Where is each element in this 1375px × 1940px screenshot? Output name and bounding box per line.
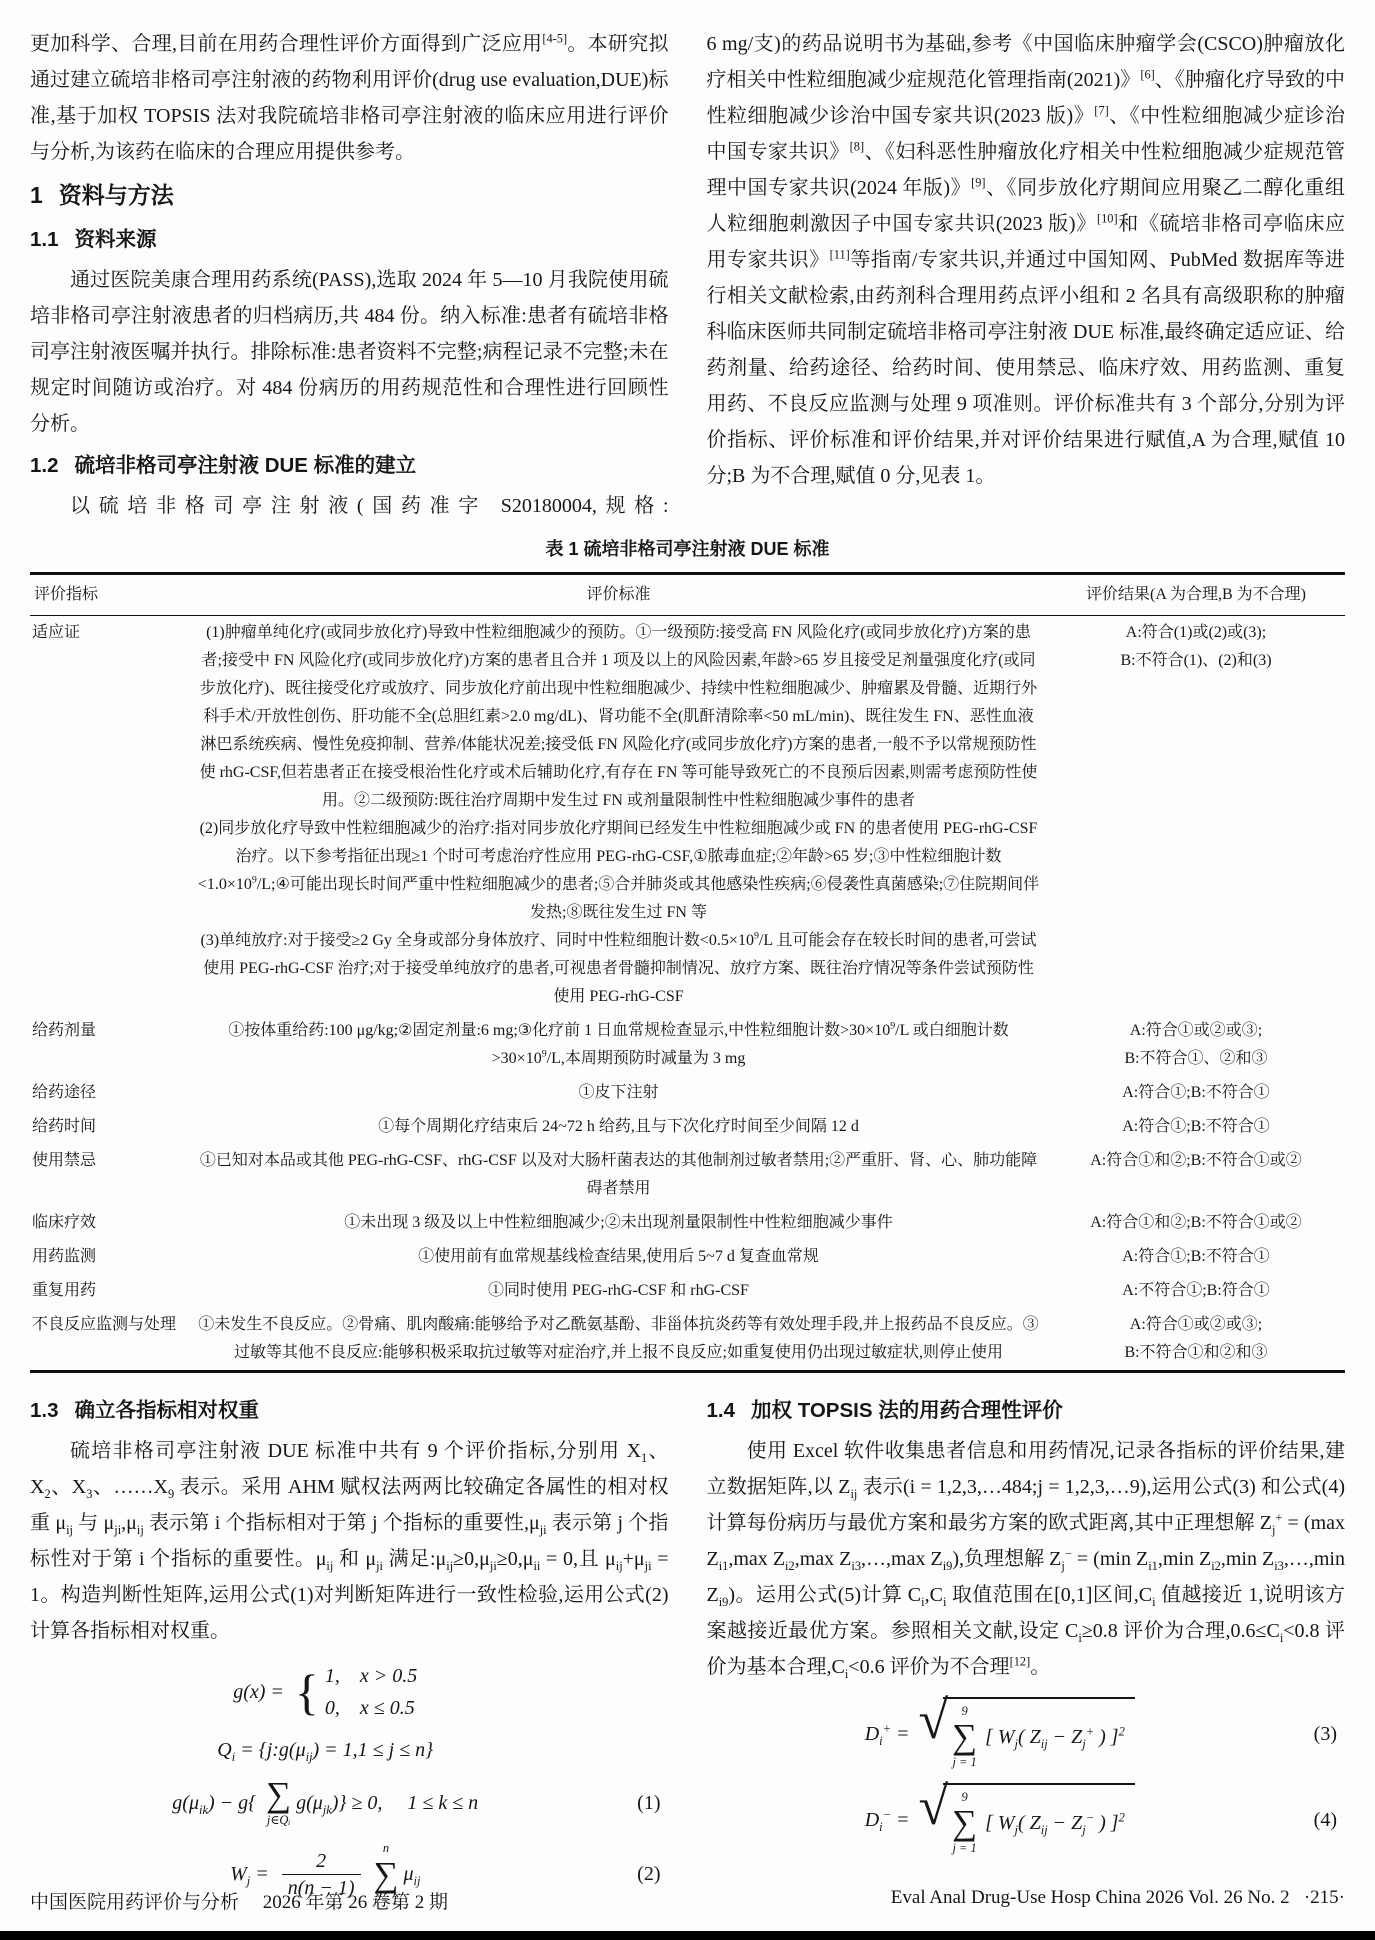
indicator-cell: 不良反应监测与处理 [30,1308,190,1372]
criteria-paragraph: (2)同步放化疗导致中性粒细胞减少的治疗:指对同步放化疗期间已经发生中性粒细胞减… [196,815,1041,927]
result-line: A:符合①或②或③; [1053,1017,1339,1045]
summation-symbol: 9 ∑ j = 1 [952,1703,977,1771]
indicator-cell: 重复用药 [30,1274,190,1308]
criteria-paragraph: ①使用前有血常规基线检查结果,使用后 5~7 d 复查血常规 [196,1243,1041,1271]
summation-symbol: ∑ j∈Qᵢ [266,1777,291,1828]
result-cell: A:符合①;B:不符合① [1047,1110,1345,1144]
formula-number: (1) [637,1788,660,1818]
sum-lower-limit: j∈Qᵢ [267,1814,291,1826]
section-number: 1.1 [30,220,59,260]
table-row: 用药监测①使用前有血常规基线检查结果,使用后 5~7 d 复查血常规A:符合①;… [30,1240,1345,1274]
result-cell: A:符合①或②或③;B:不符合①和②和③ [1047,1308,1345,1372]
formula-part: μij [403,1859,420,1889]
column-right: 6 mg/支)的药品说明书为基础,参考《中国临床肿瘤学会(CSCO)肿瘤放化疗相… [707,26,1346,524]
fraction-numerator: 2 [310,1848,332,1874]
criteria-paragraph: ①未发生不良反应。②骨痛、肌肉酸痛:能够给予对乙酰氨基酚、非甾体抗炎药等有效处理… [196,1311,1041,1367]
criteria-cell: ①每个周期化疗结束后 24~72 h 给药,且与下次化疗时间至少间隔 12 d [190,1110,1047,1144]
formula-cases: g(x) = { 1, x > 0.5 0, x ≤ 0.5 [30,1661,621,1723]
formula-qi: Qi = {j:g(μij) = 1,1 ≤ j ≤ n} [30,1735,621,1765]
criteria-cell: ①已知对本品或其他 PEG-rhG-CSF、rhG-CSF 以及对大肠杆菌表达的… [190,1144,1047,1206]
section-title: 资料来源 [75,220,157,260]
result-cell: A:符合①或②或③;B:不符合①、②和③ [1047,1014,1345,1076]
section-number: 1 [30,174,43,216]
cases-line: 1, x > 0.5 [325,1661,417,1691]
result-line: A:符合①和②;B:不符合①或② [1053,1209,1339,1237]
table-title: 表 1 硫培非格司亭注射液 DUE 标准 [30,534,1345,564]
criteria-paragraph: (1)肿瘤单纯化疗(或同步放化疗)导致中性粒细胞减少的预防。①一级预防:接受高 … [196,619,1041,815]
section-1-4-heading: 1.4 加权 TOPSIS 法的用药合理性评价 [707,1391,1346,1431]
table-row: 给药途径①皮下注射A:符合①;B:不符合① [30,1076,1345,1110]
formulas-right: Di+ = √ 9 ∑ j = 1 [ Wj( Zij − Zj+ ) ]2 [707,1697,1346,1857]
criteria-cell: (1)肿瘤单纯化疗(或同步放化疗)导致中性粒细胞减少的预防。①一级预防:接受高 … [190,616,1047,1015]
due-criteria-table: 评价指标 评价标准 评价结果(A 为合理,B 为不合理) 适应证(1)肿瘤单纯化… [30,572,1345,1373]
criteria-cell: ①按体重给药:100 μg/kg;②固定剂量:6 mg;③化疗前 1 日血常规检… [190,1014,1047,1076]
result-cell: A:符合①和②;B:不符合①或② [1047,1144,1345,1206]
sigma-glyph: ∑ [266,1777,291,1812]
table-row: 适应证(1)肿瘤单纯化疗(或同步放化疗)导致中性粒细胞减少的预防。①一级预防:接… [30,616,1345,1015]
cases-construct: { 1, x > 0.5 0, x ≤ 0.5 [295,1661,417,1723]
table-header: 评价指标 评价标准 评价结果(A 为合理,B 为不合理) [30,574,1345,616]
criteria-paragraph: ①皮下注射 [196,1079,1041,1107]
criteria-cell: ①皮下注射 [190,1076,1047,1110]
table-row: 不良反应监测与处理①未发生不良反应。②骨痛、肌肉酸痛:能够给予对乙酰氨基酚、非甾… [30,1308,1345,1372]
result-line: A:符合①和②;B:不符合①或② [1053,1147,1339,1175]
summation-symbol: 9 ∑ j = 1 [952,1789,977,1857]
journal-name-cn: 中国医院用药评价与分析 2026 年第 26 卷第 2 期 [30,1887,448,1914]
result-line: A:符合①;B:不符合① [1053,1113,1339,1141]
formula-number: (2) [637,1859,660,1889]
table-row: 重复用药①同时使用 PEG-rhG-CSF 和 rhG-CSFA:不符合①;B:… [30,1274,1345,1308]
section-1-3-heading: 1.3 确立各指标相对权重 [30,1391,669,1431]
result-line: A:符合①;B:不符合① [1053,1079,1339,1107]
indicator-cell: 给药剂量 [30,1014,190,1076]
table-header-row: 评价指标 评价标准 评价结果(A 为合理,B 为不合理) [30,574,1345,616]
result-cell: A:不符合①;B:符合① [1047,1274,1345,1308]
header-cell-indicator: 评价指标 [30,574,190,616]
column-right-bottom: 1.4 加权 TOPSIS 法的用药合理性评价 使用 Excel 软件收集患者信… [707,1387,1346,1920]
result-cell: A:符合①和②;B:不符合①或② [1047,1206,1345,1240]
sum-upper-limit: 9 [962,1705,968,1717]
criteria-paragraph: ①同时使用 PEG-rhG-CSF 和 rhG-CSF [196,1277,1041,1305]
indicator-cell: 适应证 [30,616,190,1015]
formula-lhs: Di− = [865,1805,915,1835]
section-number: 1.4 [707,1391,736,1431]
section-1-heading: 1 资料与方法 [30,174,669,216]
result-line: B:不符合①和②和③ [1053,1339,1339,1367]
square-root: √ 9 ∑ j = 1 [ Wj( Zij − Zj+ ) ]2 [918,1697,1134,1771]
criteria-cell: ①未发生不良反应。②骨痛、肌肉酸痛:能够给予对乙酰氨基酚、非甾体抗炎药等有效处理… [190,1308,1047,1372]
table-row: 给药时间①每个周期化疗结束后 24~72 h 给药,且与下次化疗时间至少间隔 1… [30,1110,1345,1144]
criteria-paragraph: ①未出现 3 级及以上中性粒细胞减少;②未出现剂量限制性中性粒细胞减少事件 [196,1209,1041,1237]
radical-glyph: √ [918,1779,948,1833]
formula-part: [ Wj( Zij − Zj+ ) ]2 [985,1722,1125,1752]
formula-4: Di− = √ 9 ∑ j = 1 [ Wj( Zij − Zj− ) ]2 [707,1783,1298,1857]
formula-lhs: Di+ = [865,1719,915,1749]
section-title: 确立各指标相对权重 [75,1391,260,1431]
indicator-cell: 使用禁忌 [30,1144,190,1206]
section-1-1-heading: 1.1 资料来源 [30,220,669,260]
criteria-cell: ①未出现 3 级及以上中性粒细胞减少;②未出现剂量限制性中性粒细胞减少事件 [190,1206,1047,1240]
criteria-paragraph: (3)单纯放疗:对于接受≥2 Gy 全身或部分身体放疗、同时中性粒细胞计数<0.… [196,927,1041,1011]
section-1-1-paragraph: 通过医院美康合理用药系统(PASS),选取 2024 年 5—10 月我院使用硫… [30,262,669,442]
criteria-cell: ①同时使用 PEG-rhG-CSF 和 rhG-CSF [190,1274,1047,1308]
formula-number: (3) [1314,1719,1337,1749]
section-title: 硫培非格司亭注射液 DUE 标准的建立 [75,446,417,486]
indicator-cell: 用药监测 [30,1240,190,1274]
section-1-4-paragraph: 使用 Excel 软件收集患者信息和用药情况,记录各指标的评价结果,建立数据矩阵… [707,1433,1346,1685]
section-1-2-paragraph-continued: 6 mg/支)的药品说明书为基础,参考《中国临床肿瘤学会(CSCO)肿瘤放化疗相… [707,26,1346,494]
section-1-2-paragraph: 以硫培非格司亭注射液(国药准字 S20180004,规格: [30,488,669,524]
formula-1: g(μik) − g{ ∑ j∈Qᵢ g(μjk)} ≥ 0, 1 ≤ k ≤ … [30,1777,621,1828]
formula-body: Qi = {j:g(μij) = 1,1 ≤ j ≤ n} [217,1735,433,1765]
formula-part: [ Wj( Zij − Zj− ) ]2 [985,1808,1125,1838]
sigma-glyph: ∑ [952,1719,977,1754]
intro-paragraph: 更加科学、合理,目前在用药合理性评价方面得到广泛应用[4-5]。本研究拟通过建立… [30,26,669,170]
cases-lines: 1, x > 0.5 0, x ≤ 0.5 [325,1661,417,1723]
section-title: 资料与方法 [59,174,174,216]
section-title: 加权 TOPSIS 法的用药合理性评价 [751,1391,1063,1431]
journal-name-en-page: Eval Anal Drug-Use Hosp China 2026 Vol. … [891,1887,1345,1914]
indicator-cell: 临床疗效 [30,1206,190,1240]
bottom-text-columns: 1.3 确立各指标相对权重 硫培非格司亭注射液 DUE 标准中共有 9 个评价指… [30,1387,1345,1920]
section-number: 1.3 [30,1391,59,1431]
radical-glyph: √ [918,1693,948,1747]
formula-number: (4) [1314,1805,1337,1835]
sum-lower-limit: j = 1 [953,1756,977,1768]
table-row: 使用禁忌①已知对本品或其他 PEG-rhG-CSF、rhG-CSF 以及对大肠杆… [30,1144,1345,1206]
section-1-3-paragraph: 硫培非格司亭注射液 DUE 标准中共有 9 个评价指标,分别用 X1、X2、X3… [30,1433,669,1649]
criteria-paragraph: ①按体重给药:100 μg/kg;②固定剂量:6 mg;③化疗前 1 日血常规检… [196,1017,1041,1073]
section-number: 1.2 [30,446,59,486]
radicand: 9 ∑ j = 1 [ Wj( Zij − Zj− ) ]2 [943,1783,1135,1857]
sum-upper-limit: 9 [962,1791,968,1803]
table-row: 临床疗效①未出现 3 级及以上中性粒细胞减少;②未出现剂量限制性中性粒细胞减少事… [30,1206,1345,1240]
formulas-left: g(x) = { 1, x > 0.5 0, x ≤ 0.5 Qi = {j:g… [30,1661,669,1908]
formula-lhs: g(x) = [233,1677,289,1707]
square-root: √ 9 ∑ j = 1 [ Wj( Zij − Zj− ) ]2 [918,1783,1134,1857]
result-cell: A:符合①;B:不符合① [1047,1240,1345,1274]
table-1-region: 表 1 硫培非格司亭注射液 DUE 标准 评价指标 评价标准 评价结果(A 为合… [30,534,1345,1373]
result-line: A:符合①;B:不符合① [1053,1243,1339,1271]
header-cell-criteria: 评价标准 [190,574,1047,616]
indicator-cell: 给药途径 [30,1076,190,1110]
header-cell-result: 评价结果(A 为合理,B 为不合理) [1047,574,1345,616]
sigma-glyph: ∑ [952,1805,977,1840]
cases-line: 0, x ≤ 0.5 [325,1693,417,1723]
paper-page: 更加科学、合理,目前在用药合理性评价方面得到广泛应用[4-5]。本研究拟通过建立… [0,0,1375,1920]
column-left: 更加科学、合理,目前在用药合理性评价方面得到广泛应用[4-5]。本研究拟通过建立… [30,26,669,524]
page-footer: 中国医院用药评价与分析 2026 年第 26 卷第 2 期 Eval Anal … [30,1887,1345,1914]
criteria-cell: ①使用前有血常规基线检查结果,使用后 5~7 d 复查血常规 [190,1240,1047,1274]
page-edge-bar [0,1931,1375,1940]
table-row: 给药剂量①按体重给药:100 μg/kg;②固定剂量:6 mg;③化疗前 1 日… [30,1014,1345,1076]
indicator-cell: 给药时间 [30,1110,190,1144]
result-line: A:符合①或②或③; [1053,1311,1339,1339]
section-1-2-heading: 1.2 硫培非格司亭注射液 DUE 标准的建立 [30,446,669,486]
result-line: B:不符合①、②和③ [1053,1045,1339,1073]
left-brace-glyph: { [295,1670,319,1715]
result-line: B:不符合(1)、(2)和(3) [1053,647,1339,675]
formula-lhs: Wj = [230,1859,274,1889]
result-line: A:符合(1)或(2)或(3); [1053,619,1339,647]
due-table-body: 适应证(1)肿瘤单纯化疗(或同步放化疗)导致中性粒细胞减少的预防。①一级预防:接… [30,616,1345,1372]
result-cell: A:符合①;B:不符合① [1047,1076,1345,1110]
column-left-bottom: 1.3 确立各指标相对权重 硫培非格司亭注射液 DUE 标准中共有 9 个评价指… [30,1387,669,1920]
formula-3: Di+ = √ 9 ∑ j = 1 [ Wj( Zij − Zj+ ) ]2 [707,1697,1298,1771]
formula-part: g(μik) − g{ [172,1788,261,1818]
radicand: 9 ∑ j = 1 [ Wj( Zij − Zj+ ) ]2 [943,1697,1135,1771]
sum-upper-limit: n [383,1842,389,1854]
criteria-paragraph: ①已知对本品或其他 PEG-rhG-CSF、rhG-CSF 以及对大肠杆菌表达的… [196,1147,1041,1203]
result-line: A:不符合①;B:符合① [1053,1277,1339,1305]
top-text-columns: 更加科学、合理,目前在用药合理性评价方面得到广泛应用[4-5]。本研究拟通过建立… [30,26,1345,524]
result-cell: A:符合(1)或(2)或(3);B:不符合(1)、(2)和(3) [1047,616,1345,1015]
formula-part: g(μjk)} ≥ 0, 1 ≤ k ≤ n [296,1788,478,1818]
criteria-paragraph: ①每个周期化疗结束后 24~72 h 给药,且与下次化疗时间至少间隔 12 d [196,1113,1041,1141]
sum-lower-limit: j = 1 [953,1842,977,1854]
